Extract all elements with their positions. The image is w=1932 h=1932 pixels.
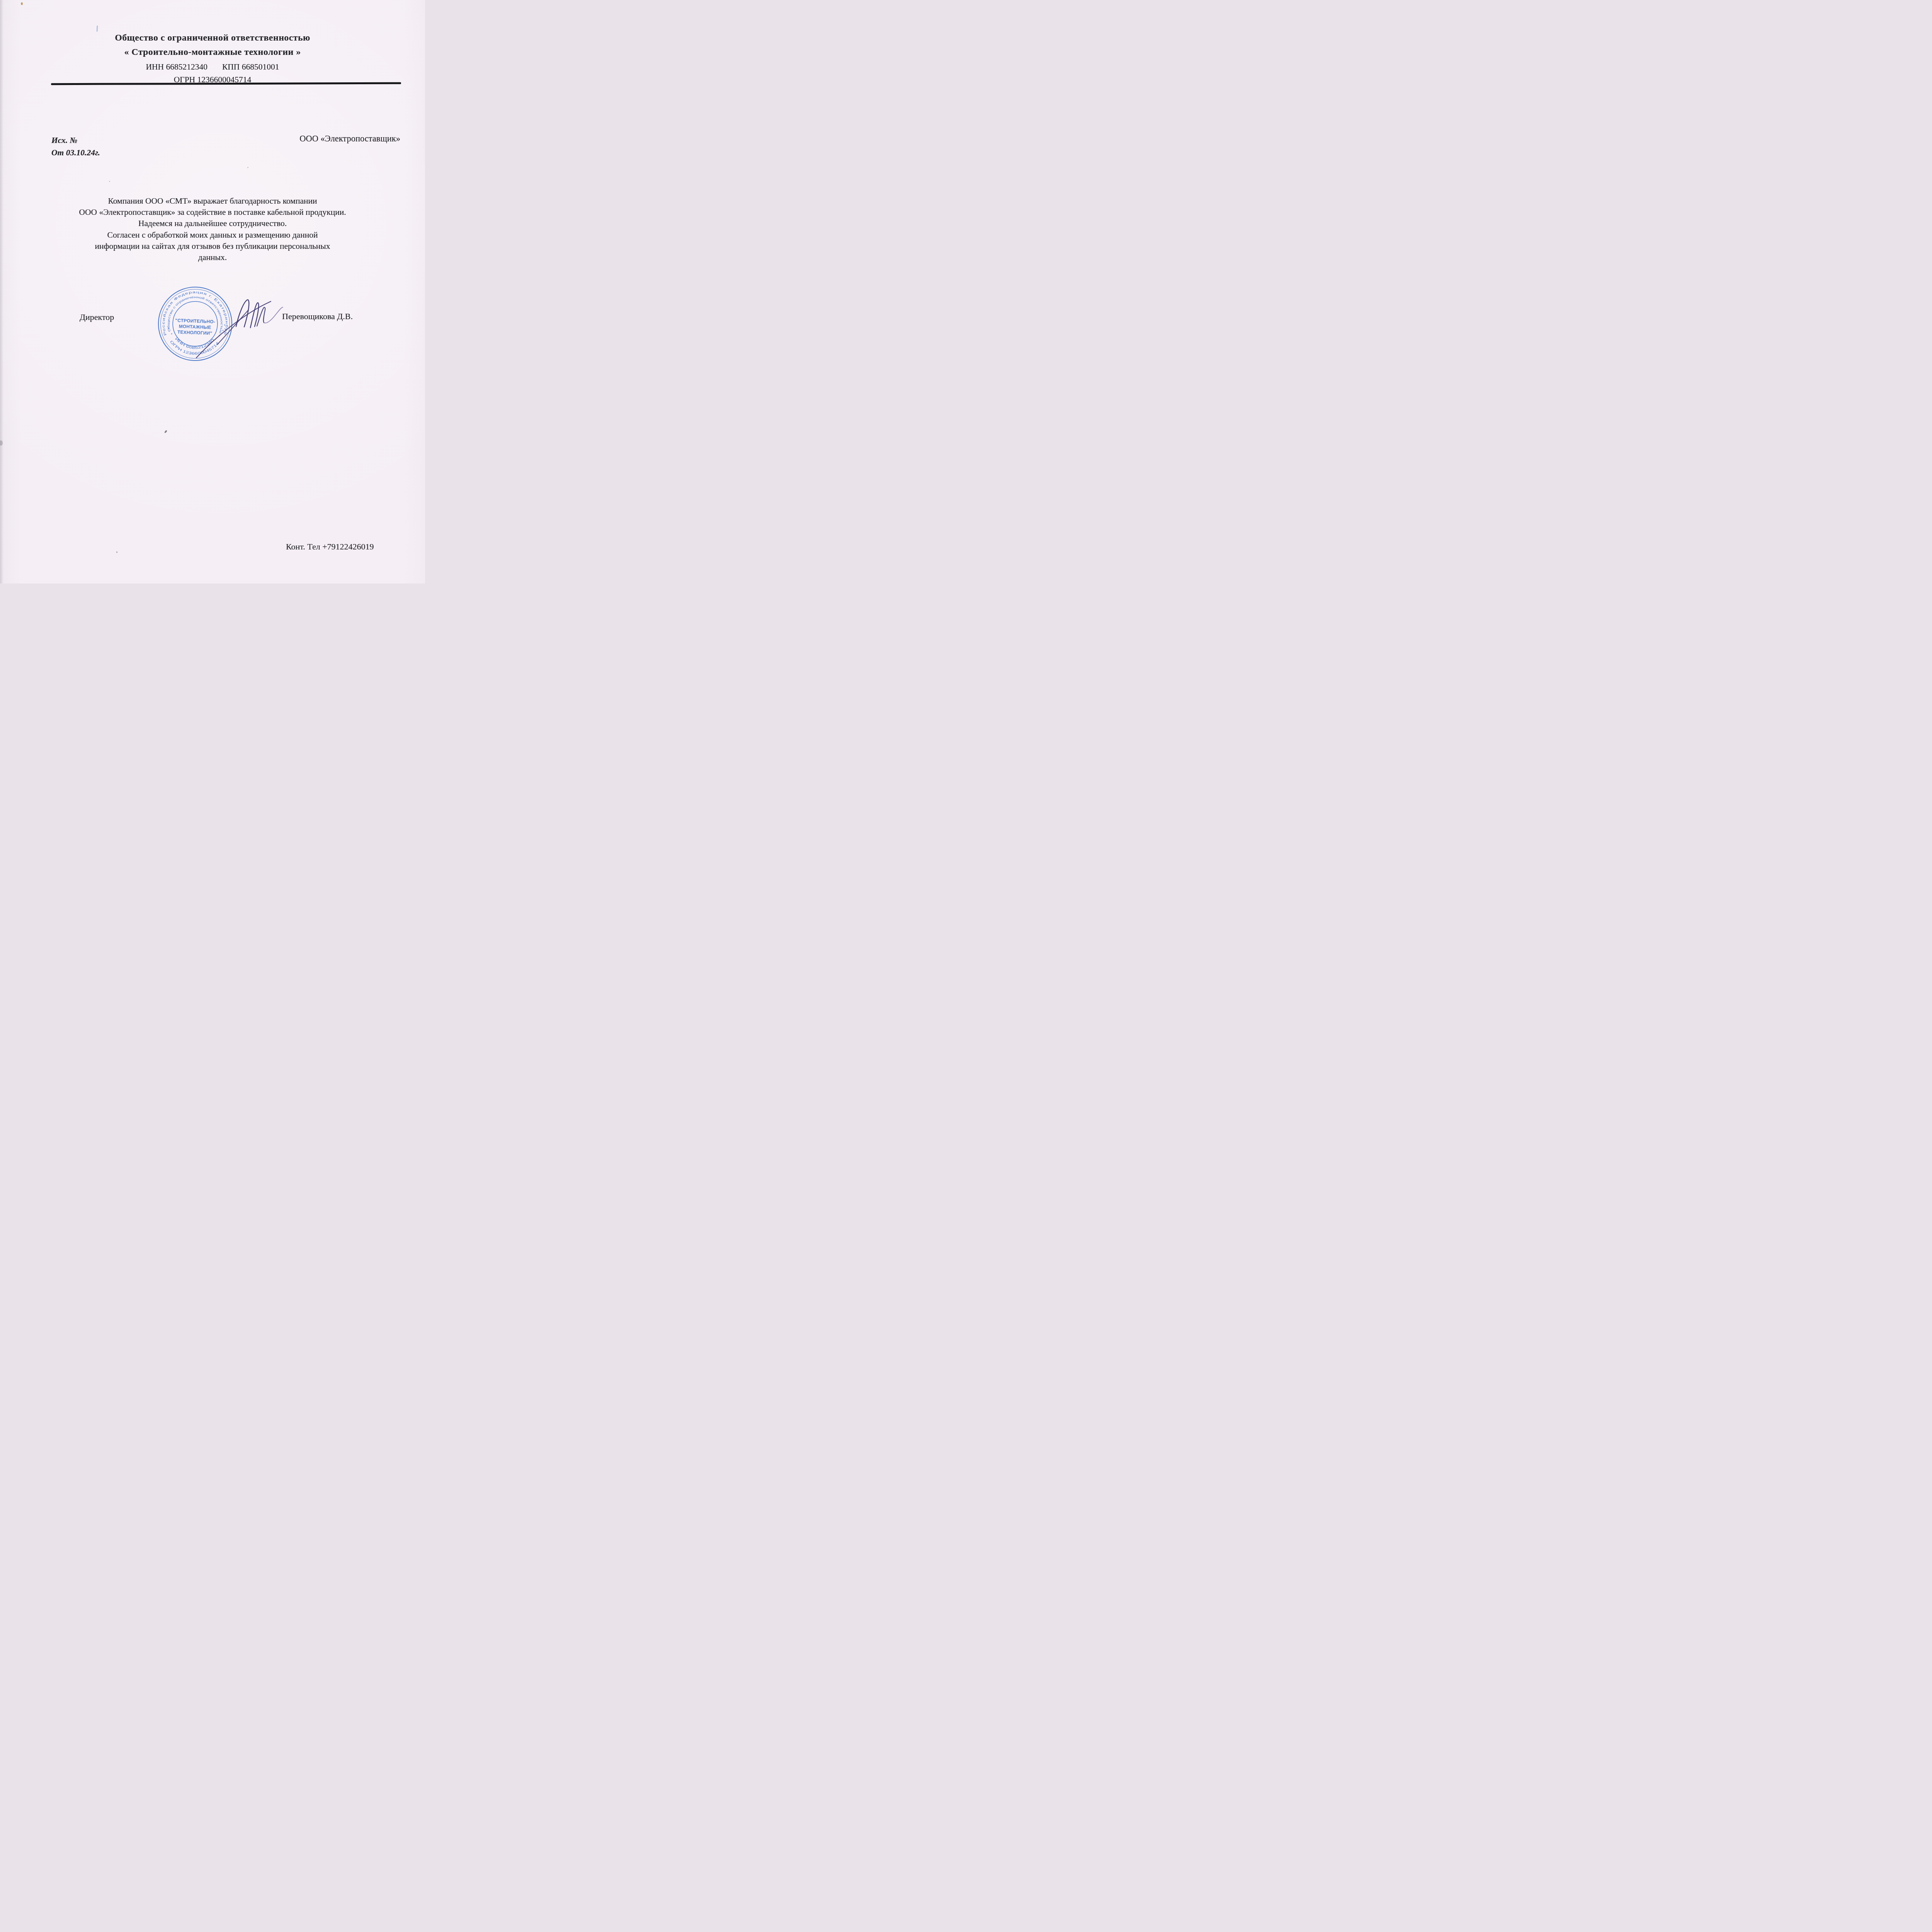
org-type-line: Общество с ограниченной ответственностью — [0, 32, 425, 43]
outgoing-date-line: От 03.10.24г. — [51, 148, 100, 158]
body-paragraph: Компания ООО «СМТ» выражает благодарност… — [19, 196, 406, 263]
contact-phone: Конт. Тел +79122426019 — [286, 542, 374, 552]
stamp-asterisk: * — [171, 333, 172, 337]
body-line: Согласен с обработкой моих данных и разм… — [19, 230, 406, 241]
recipient-name: ООО «Электропоставщик» — [299, 134, 400, 144]
kpp-value: КПП 668501001 — [222, 62, 279, 71]
body-line: данных. — [19, 252, 406, 263]
scan-artifact — [97, 26, 98, 32]
body-line: информации на сайтах для отзывов без пуб… — [19, 241, 406, 252]
letterhead-divider — [51, 82, 401, 85]
scan-artifact — [21, 2, 23, 5]
scan-artifact — [0, 440, 3, 446]
scan-artifact — [116, 551, 117, 553]
outgoing-number-line: Исх. № — [51, 135, 100, 145]
org-name-line: « Строительно-монтажные технологии » — [0, 47, 425, 58]
letterhead: Общество с ограниченной ответственностью… — [0, 32, 425, 84]
inn-kpp-line: ИНН 6685212340КПП 668501001 — [0, 62, 425, 71]
body-line: ООО «Электропоставщик» за содействие в п… — [19, 207, 406, 218]
body-line: Компания ООО «СМТ» выражает благодарност… — [19, 196, 406, 207]
outgoing-reference: Исх. № От 03.10.24г. — [51, 135, 100, 158]
scan-artifact — [164, 430, 167, 434]
handwritten-signature — [185, 286, 294, 363]
letter-page: Общество с ограниченной ответственностью… — [0, 0, 425, 583]
inn-value: ИНН 6685212340 — [146, 62, 207, 71]
scan-artifact — [247, 167, 248, 168]
stamp-asterisk: * — [168, 327, 169, 332]
body-line: Надеемся на дальнейшее сотрудничество. — [19, 218, 406, 229]
director-title: Директор — [80, 312, 114, 322]
scan-edge-shadow — [0, 0, 3, 583]
signature-strokes-icon — [185, 286, 294, 363]
scan-artifact — [109, 181, 110, 182]
